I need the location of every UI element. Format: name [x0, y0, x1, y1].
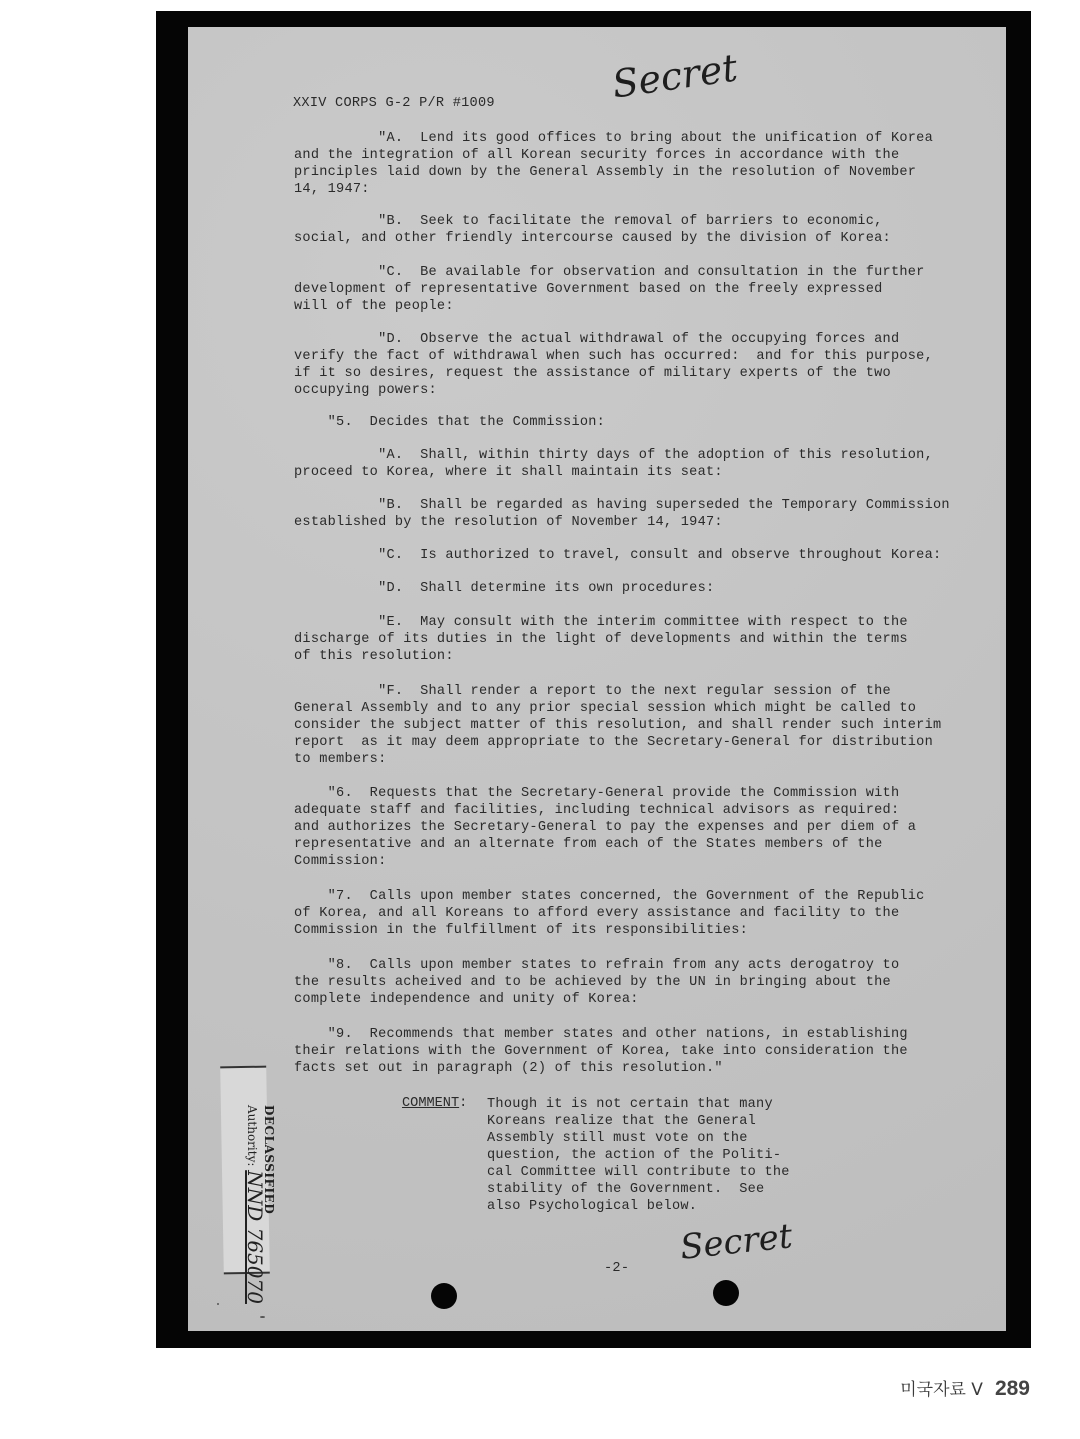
speck: [217, 1303, 219, 1305]
paragraph: "D. Shall determine its own procedures:: [294, 580, 714, 597]
book-footer: 미국자료 Ⅴ 289: [900, 1375, 1030, 1401]
document-header: XXIV CORPS G-2 P/R #1009: [293, 95, 495, 112]
declassified-stamp-text: DECLASSIFIED Authority: NND 765070: [245, 1105, 276, 1304]
stamp-authority: Authority: NND 765070: [245, 1105, 262, 1304]
paragraph: "F. Shall render a report to the next re…: [294, 683, 941, 768]
punch-hole-right: [713, 1280, 739, 1306]
paragraph: "C. Is authorized to travel, consult and…: [294, 547, 941, 564]
paragraph: "9. Recommends that member states and ot…: [294, 1026, 908, 1077]
footer-section: 미국자료 Ⅴ: [900, 1375, 983, 1400]
speck: [260, 1316, 265, 1318]
paragraph: "B. Seek to facilitate the removal of ba…: [294, 213, 891, 247]
comment-label: COMMENT:: [402, 1096, 467, 1111]
paragraph: "A. Lend its good offices to bring about…: [294, 130, 933, 198]
paragraph: "8. Calls upon member states to refrain …: [294, 957, 899, 1008]
paragraph: "C. Be available for observation and con…: [294, 264, 925, 315]
footer-page-number: 289: [995, 1377, 1030, 1401]
punch-hole-left: [431, 1283, 457, 1309]
paragraph: "A. Shall, within thirty days of the ado…: [294, 447, 933, 481]
comment-text: Though it is not certain that many Korea…: [487, 1096, 790, 1215]
paragraph: "6. Requests that the Secretary-General …: [294, 785, 916, 870]
paragraph: "D. Observe the actual withdrawal of the…: [294, 331, 933, 399]
paragraph: "E. May consult with the interim committ…: [294, 614, 908, 665]
paragraph: "B. Shall be regarded as having supersed…: [294, 497, 950, 531]
document-page-number: -2-: [604, 1260, 629, 1277]
paragraph: "7. Calls upon member states concerned, …: [294, 888, 925, 939]
paragraph: "5. Decides that the Commission:: [294, 414, 605, 431]
